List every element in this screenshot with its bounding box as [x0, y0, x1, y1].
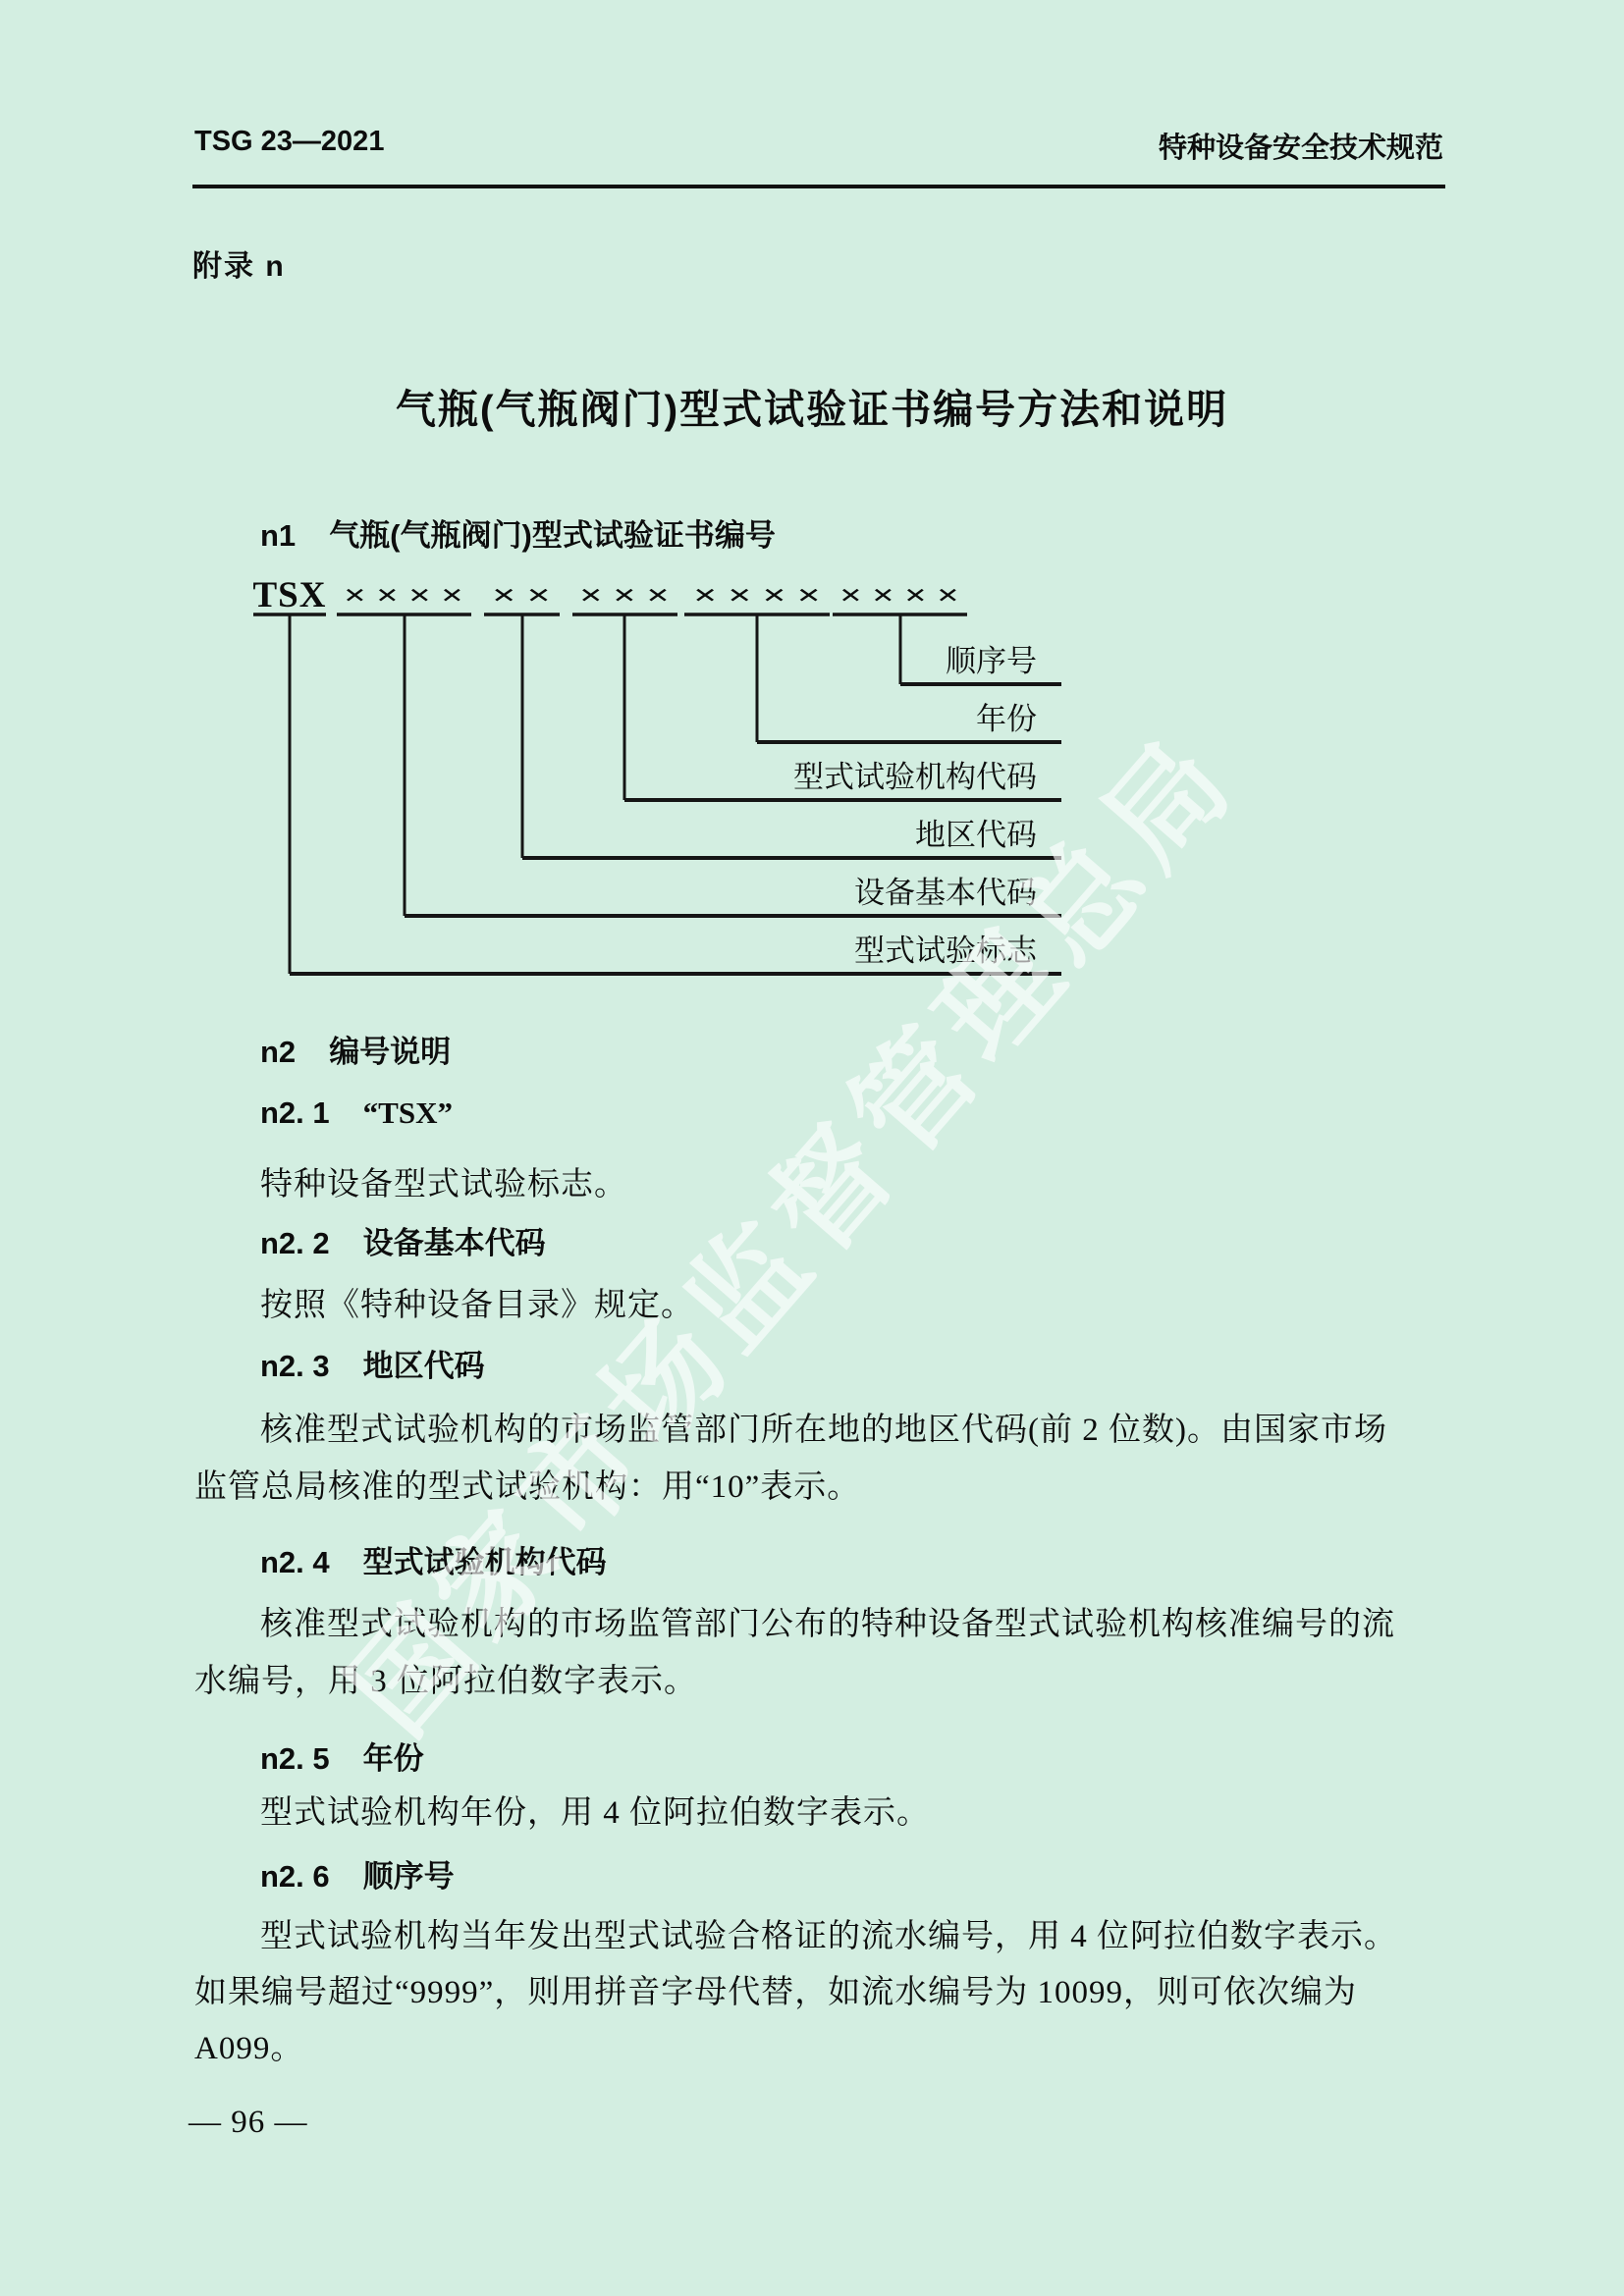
- certificate-number-diagram: TSX × × × × × × × × × × × × × × × × × 顺序…: [187, 569, 1119, 1001]
- section-n2-1-heading: n2. 1“TSX”: [260, 1095, 453, 1131]
- section-n2-heading: n2编号说明: [260, 1027, 451, 1071]
- diagram-label-sequence-number: 顺序号: [946, 644, 1037, 678]
- section-n1-number: n1: [260, 518, 296, 554]
- paragraph-line: 型式试验机构当年发出型式试验合格证的流水编号，用 4 位阿拉伯数字表示。: [260, 1910, 1397, 1956]
- section-n2-1-number: n2. 1: [260, 1095, 330, 1131]
- paragraph-line: 水编号，用 3 位阿拉伯数字表示。: [194, 1655, 697, 1701]
- section-n2-2-heading: n2. 2设备基本代码: [260, 1218, 546, 1262]
- header-rule: [192, 185, 1445, 188]
- section-n2-3-title: 地区代码: [363, 1349, 485, 1383]
- section-n2-3-number: n2. 3: [260, 1349, 330, 1384]
- paragraph-line: 型式试验机构年份，用 4 位阿拉伯数字表示。: [260, 1787, 930, 1833]
- paragraph-line: 监管总局核准的型式试验机构：用“10”表示。: [194, 1461, 860, 1507]
- section-n2-number: n2: [260, 1035, 296, 1070]
- header-left-doc-code: TSG 23—2021: [194, 126, 384, 158]
- diagram-code-group-1: × × × ×: [344, 579, 463, 612]
- section-n2-title: 编号说明: [329, 1035, 451, 1069]
- diagram-code-prefix: TSX: [253, 575, 327, 615]
- section-n1-heading: n1气瓶(气瓶阀门)型式试验证书编号: [260, 510, 776, 555]
- section-n2-6-number: n2. 6: [260, 1859, 330, 1895]
- section-n2-5-title: 年份: [363, 1741, 424, 1776]
- section-n2-1-title: “TSX”: [363, 1095, 453, 1130]
- document-page: { "page": { "background_color": "#d3eee1…: [0, 0, 1624, 2296]
- paragraph-line: 按照《特种设备目录》规定。: [260, 1279, 694, 1325]
- section-n2-4-title: 型式试验机构代码: [363, 1545, 607, 1579]
- page-number: — 96 —: [189, 2105, 308, 2141]
- diagram-code-group-3: × × ×: [579, 579, 670, 612]
- header-right-doc-title: 特种设备安全技术规范: [1159, 126, 1443, 166]
- paragraph-line: 特种设备型式试验标志。: [260, 1158, 627, 1204]
- section-n2-5-number: n2. 5: [260, 1741, 330, 1777]
- diagram-label-institution-code: 型式试验机构代码: [793, 760, 1037, 794]
- section-n2-4-heading: n2. 4型式试验机构代码: [260, 1537, 607, 1581]
- section-n2-3-heading: n2. 3地区代码: [260, 1341, 485, 1385]
- section-n2-2-number: n2. 2: [260, 1226, 330, 1261]
- paragraph-line: A099。: [194, 2022, 303, 2068]
- paragraph-line: 核准型式试验机构的市场监管部门公布的特种设备型式试验机构核准编号的流: [260, 1598, 1395, 1644]
- diagram-label-equipment-code: 设备基本代码: [854, 876, 1037, 910]
- diagram-label-type-test-mark: 型式试验标志: [854, 934, 1038, 968]
- section-n2-6-title: 顺序号: [363, 1859, 455, 1894]
- paragraph-line: 如果编号超过“9999”，则用拼音字母代替，如流水编号为 10099，则可依次编…: [194, 1966, 1357, 2012]
- section-n2-6-heading: n2. 6顺序号: [260, 1851, 455, 1896]
- section-n2-2-title: 设备基本代码: [363, 1226, 546, 1260]
- diagram-code-group-2: × ×: [492, 579, 551, 612]
- paragraph-line: 核准型式试验机构的市场监管部门所在地的地区代码(前 2 位数)。由国家市场: [260, 1404, 1387, 1450]
- appendix-label: 附录 n: [192, 241, 286, 285]
- section-n2-4-number: n2. 4: [260, 1545, 330, 1580]
- section-n2-5-heading: n2. 5年份: [260, 1734, 424, 1778]
- page-title: 气瓶(气瓶阀门)型式试验证书编号方法和说明: [0, 377, 1624, 435]
- diagram-label-year: 年份: [976, 702, 1037, 736]
- diagram-code-group-4: × × × ×: [693, 579, 821, 612]
- diagram-code-group-5: × × × ×: [839, 579, 959, 612]
- section-n1-title: 气瓶(气瓶阀门)型式试验证书编号: [329, 518, 776, 553]
- diagram-label-region-code: 地区代码: [915, 818, 1037, 852]
